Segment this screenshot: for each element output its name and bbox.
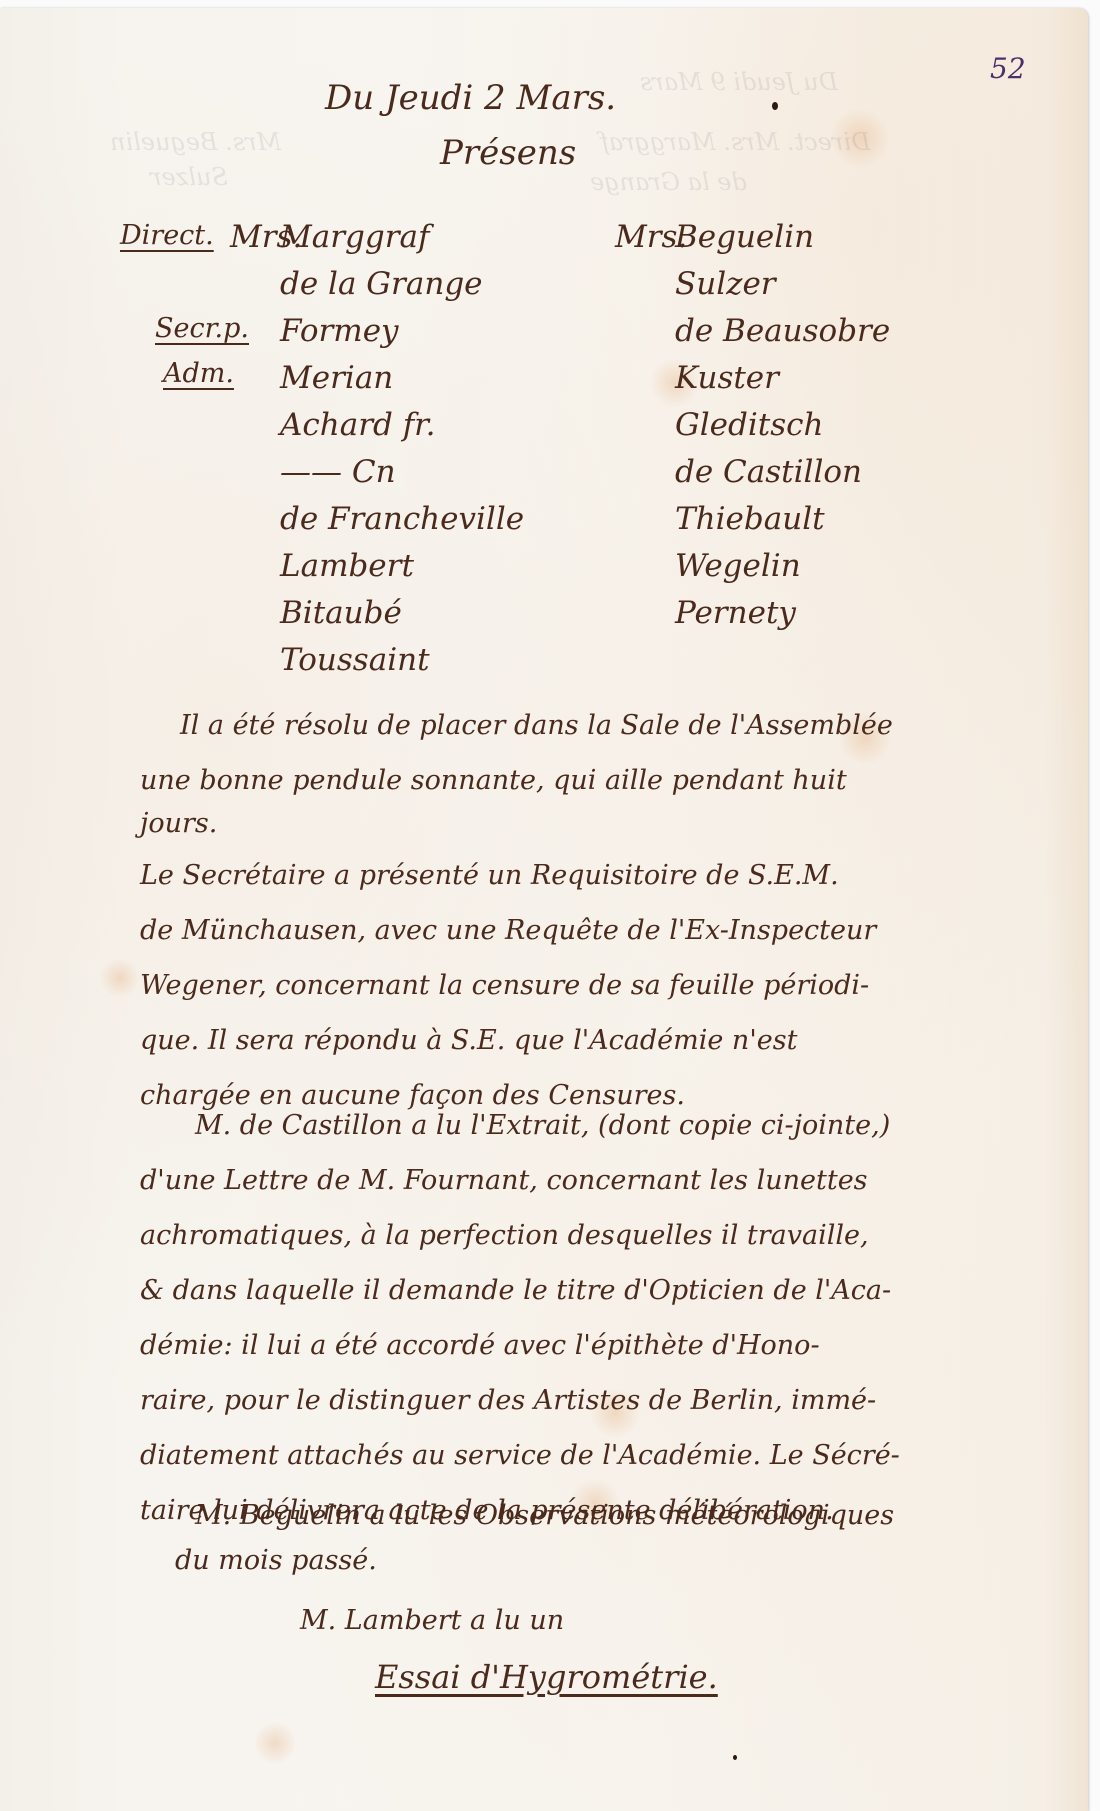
member-name: de la Grange (280, 261, 524, 308)
member-name: Achard fr. (280, 402, 524, 449)
text-line: M. de Castillon a lu l'Extrait, (dont co… (140, 1098, 900, 1153)
paragraph-clock: Il a été résolu de placer dans la Sale d… (140, 698, 893, 851)
role-administrator: Adm. (163, 358, 234, 389)
text-line: Wegener, concernant la censure de sa feu… (140, 958, 876, 1013)
foxing-stain (100, 958, 140, 998)
essay-title: Essai d'Hygrométrie. (375, 1658, 718, 1696)
member-name: Bitaubé (280, 590, 524, 637)
role-director: Direct. (120, 220, 214, 251)
member-name: Gleditsch (675, 402, 890, 449)
bleed-through-text: Du Jeudi 9 Mars (640, 68, 838, 96)
text-line: que. Il sera répondu à S.E. que l'Académ… (140, 1013, 876, 1068)
attendance-left-column: Marggraf de la Grange Formey Merian Acha… (280, 214, 524, 684)
ink-blot (733, 1755, 737, 1760)
paragraph-lambert-essay: M. Lambert a lu un (300, 1593, 564, 1648)
member-name: Kuster (675, 355, 890, 402)
member-name: Toussaint (280, 637, 524, 684)
bleed-through-text: Sulzer (150, 163, 228, 191)
bleed-through-text: Mrs. Beguelin (110, 128, 281, 156)
member-name: Marggraf (280, 214, 524, 261)
text-line: de Münchausen, avec une Requête de l'Ex-… (140, 903, 876, 958)
paragraph-meteorological: M. Beguelin a lu les Observations météor… (175, 1488, 894, 1588)
text-line: M. Lambert a lu un (300, 1593, 564, 1648)
member-name: Merian (280, 355, 524, 402)
text-line: raire, pour le distinguer des Artistes d… (140, 1373, 900, 1428)
member-name: Thiebault (675, 496, 890, 543)
text-line: Le Secrétaire a présenté un Requisitoire… (140, 848, 876, 903)
member-name: Sulzer (675, 261, 890, 308)
bleed-through-text: Direct. Mrs. Marggraf (600, 128, 870, 156)
member-name: Beguelin (675, 214, 890, 261)
member-name: —— Cn (280, 449, 524, 496)
text-line: une bonne pendule sonnante, qui aille pe… (140, 753, 893, 808)
member-name: de Beausobre (675, 308, 890, 355)
text-line: démie: il lui a été accordé avec l'épith… (140, 1318, 900, 1373)
attendance-right-column: Beguelin Sulzer de Beausobre Kuster Gled… (675, 214, 890, 637)
member-name: Lambert (280, 543, 524, 590)
manuscript-page: Du Jeudi 9 Mars Direct. Mrs. Marggraf de… (0, 8, 1088, 1811)
member-name: Wegelin (675, 543, 890, 590)
member-name: Formey (280, 308, 524, 355)
page-number: 52 (990, 52, 1026, 85)
text-line: achromatiques, à la perfection desquelle… (140, 1208, 900, 1263)
present-label: Présens (440, 133, 576, 173)
role-secretary: Secr.p. (155, 313, 249, 344)
foxing-stain (255, 1718, 295, 1768)
date-heading: Du Jeudi 2 Mars. (325, 78, 616, 118)
paragraph-optician-letter: M. de Castillon a lu l'Extrait, (dont co… (140, 1098, 900, 1538)
bleed-through-text: de la Grange (590, 168, 747, 196)
member-name: de Castillon (675, 449, 890, 496)
text-line: Il a été résolu de placer dans la Sale d… (140, 698, 893, 753)
text-line: d'une Lettre de M. Fournant, concernant … (140, 1153, 900, 1208)
text-line: diatement attachés au service de l'Acadé… (140, 1428, 900, 1483)
text-line: & dans laquelle il demande le titre d'Op… (140, 1263, 900, 1318)
paragraph-censorship-request: Le Secrétaire a présenté un Requisitoire… (140, 848, 876, 1123)
ink-blot (772, 102, 778, 110)
member-name: Pernety (675, 590, 890, 637)
member-name: de Francheville (280, 496, 524, 543)
